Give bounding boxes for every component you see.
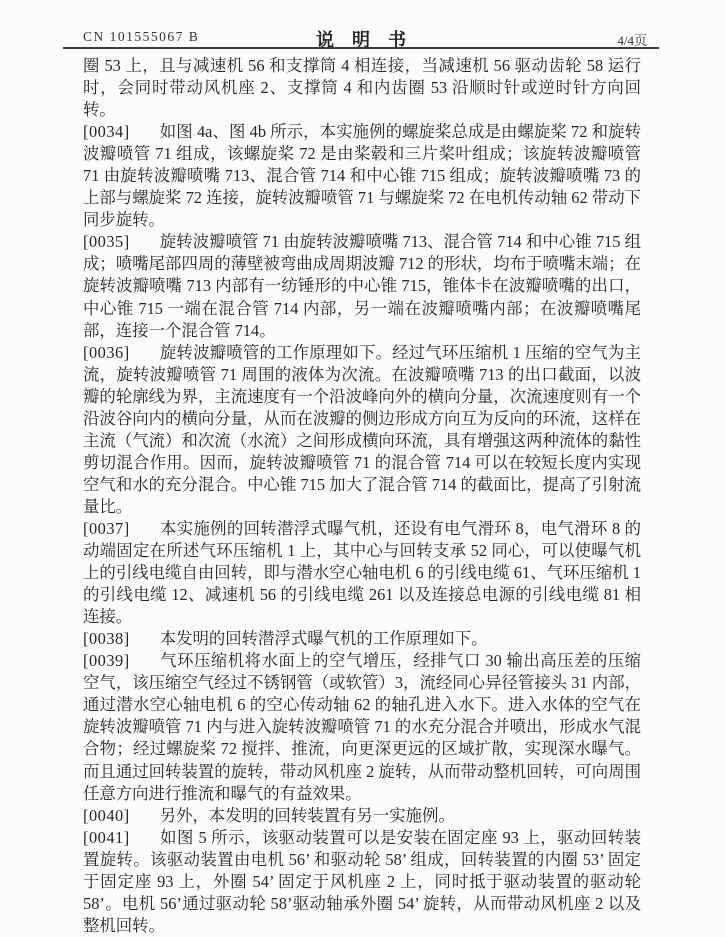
header-divider — [63, 47, 659, 49]
paragraph: [0038]本发明的回转潜浮式曝气机的工作原理如下。 — [83, 628, 641, 650]
page-header: CN 101555067 B 说明书 4/4页 — [63, 26, 659, 46]
paragraph: [0039]气环压缩机将水面上的空气增压，经排气口 30 输出高压差的压缩空气，… — [83, 650, 641, 797]
specification-body: 圈 53 上，且与减速机 56 和支撑筒 4 相连接，当减速机 56 驱动齿轮 … — [83, 55, 641, 797]
paragraph-text: 如图 4a、图 4b 所示，本实施例的螺旋桨总成是由螺旋桨 72 和旋转波瓣喷管… — [83, 122, 641, 229]
paragraph-text: 旋转波瓣喷管的工作原理如下。经过气环压缩机 1 压缩的空气为主流，旋转波瓣喷管 … — [83, 343, 641, 516]
paragraph-text: 气环压缩机将水面上的空气增压，经排气口 30 输出高压差的压缩空气，该压缩空气经… — [83, 651, 641, 797]
patent-page: CN 101555067 B 说明书 4/4页 圈 53 上，且与减速机 56 … — [0, 0, 725, 797]
paragraph-text: 旋转波瓣喷管 71 由旋转波瓣喷嘴 713、混合管 714 和中心锥 715 组… — [83, 232, 641, 339]
paragraph: [0037]本实施例的回转潜浮式曝气机，还设有电气滑环 8，电气滑环 8 的动端… — [83, 518, 641, 628]
paragraph-number: [0038] — [83, 629, 130, 648]
paragraph-text: 圈 53 上，且与减速机 56 和支撑筒 4 相连接，当减速机 56 驱动齿轮 … — [83, 56, 641, 119]
paragraph: [0035]旋转波瓣喷管 71 由旋转波瓣喷嘴 713、混合管 714 和中心锥… — [83, 231, 641, 341]
paragraph: [0034]如图 4a、图 4b 所示，本实施例的螺旋桨总成是由螺旋桨 72 和… — [83, 121, 641, 231]
patent-number: CN 101555067 B — [83, 29, 199, 45]
paragraph-number: [0036] — [83, 343, 130, 362]
paragraph: 圈 53 上，且与减速机 56 和支撑筒 4 相连接，当减速机 56 驱动齿轮 … — [83, 55, 641, 121]
paragraph: [0036]旋转波瓣喷管的工作原理如下。经过气环压缩机 1 压缩的空气为主流，旋… — [83, 342, 641, 518]
paragraph-number: [0037] — [83, 519, 130, 538]
paragraph-number: [0035] — [83, 232, 130, 251]
paragraph-number: [0034] — [83, 122, 130, 141]
paragraph-text: 本发明的回转潜浮式曝气机的工作原理如下。 — [160, 629, 488, 648]
paragraph-number: [0039] — [83, 651, 130, 670]
paragraph-text: 本实施例的回转潜浮式曝气机，还设有电气滑环 8，电气滑环 8 的动端固定在所述气… — [83, 519, 641, 626]
